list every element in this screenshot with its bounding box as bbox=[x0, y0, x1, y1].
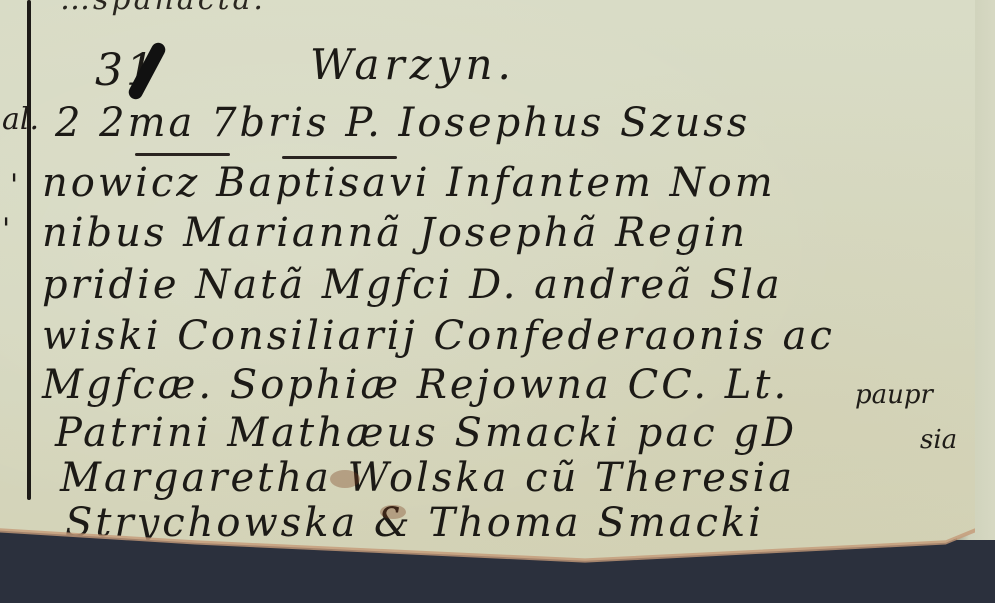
previous-entry-fragment: …spanacta. bbox=[60, 0, 266, 17]
superscript-addition-sia: sia bbox=[920, 425, 957, 455]
entry-line-8: Margaretha Wolska cũ Theresia bbox=[60, 455, 795, 501]
entry-line-4: pridie Natã Mgfci D. andreã Sla bbox=[42, 262, 783, 308]
ink-stain bbox=[330, 470, 360, 488]
margin-note-tick-2: ' bbox=[2, 212, 10, 247]
ink-stain bbox=[380, 505, 406, 519]
entry-line-1: 2 2ma 7bris P. Iosephus Szuss bbox=[55, 100, 750, 146]
entry-line-3: nibus Mariannã Josephã Regin bbox=[42, 210, 748, 256]
register-page: …spanacta. 31 Warzyn. al. ' ' 2 2ma 7bri… bbox=[0, 0, 975, 603]
scanned-document-scene: …spanacta. 31 Warzyn. al. ' ' 2 2ma 7bri… bbox=[0, 0, 995, 603]
date-underline-day bbox=[135, 153, 230, 156]
entry-line-7: Patrini Mathæus Smacki pac gD bbox=[55, 410, 797, 456]
superscript-addition-paupr: paupr bbox=[855, 380, 933, 410]
entry-line-5: wiski Consiliarij Confederaonis ac bbox=[42, 313, 835, 359]
date-underline-month bbox=[282, 156, 397, 159]
margin-note-tick-1: ' bbox=[10, 168, 18, 203]
margin-note-al: al. bbox=[2, 102, 39, 137]
village-name: Warzyn. bbox=[310, 40, 516, 89]
entry-line-6: Mgfcæ. Sophiæ Rejowna CC. Lt. bbox=[42, 362, 789, 408]
entry-line-2: nowicz Baptisavi Infantem Nom bbox=[42, 160, 776, 206]
margin-rule-line bbox=[27, 0, 31, 500]
